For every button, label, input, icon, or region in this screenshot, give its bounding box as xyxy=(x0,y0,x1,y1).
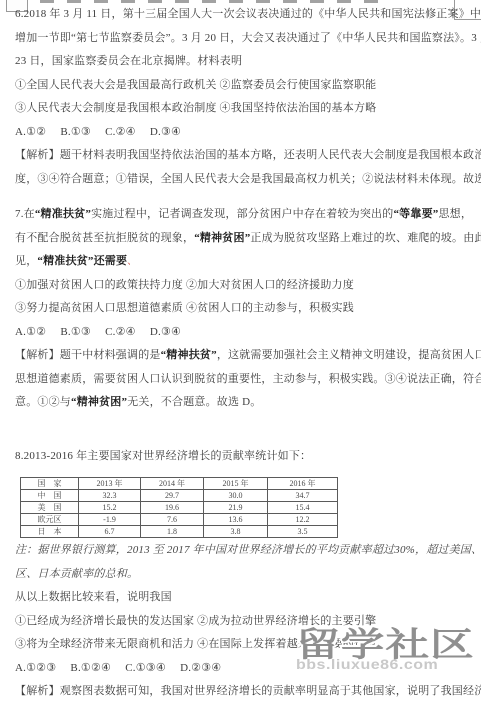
text-segment: 增加一节即“第七节监察委员会”。3 月 20 日，大会又表决通过了《中华人民共和… xyxy=(15,32,481,44)
text-segment: “精神贫困” xyxy=(194,232,250,244)
table-cell: 12.2 xyxy=(268,514,338,526)
text-segment: 6.2018 年 3 月 11 日，第十三届全国人大一次会议表决通过的《中华人民… xyxy=(15,8,481,20)
table-cell: 1.8 xyxy=(141,526,204,538)
table-cell: 中 国 xyxy=(21,490,79,502)
q8-choices-line: A.①②③ B.①②④ C.①③④ D.②③④ xyxy=(15,657,481,681)
table-row: 美 国15.219.621.915.4 xyxy=(21,502,338,514)
text-segment: “等靠要” xyxy=(393,208,438,220)
q7-stem-line-3: 见，“精准扶贫”还需要、 xyxy=(15,250,481,274)
table-cell: 美 国 xyxy=(21,502,79,514)
table-cell: 7.6 xyxy=(141,514,204,526)
table-cell: 3.5 xyxy=(268,526,338,538)
table-cell: 13.6 xyxy=(204,514,268,526)
q7-analysis-line-1: 【解析】题干中材料强调的是“精神扶贫”，这就需要加强社会主义精神文明建设，提高贫… xyxy=(15,344,481,368)
table-row: 欧元区-1.97.613.612.2 xyxy=(21,514,338,526)
text-segment: A.①②③ B.①②④ C.①③④ D.②③④ xyxy=(15,662,221,674)
q7-choices-line: A.①② B.①③ C.②④ D.③④ xyxy=(15,321,481,345)
table-cell: 15.2 xyxy=(79,502,141,514)
text-segment: 【解析】题干中材料强调的是 xyxy=(15,349,161,361)
q6-choices-line: A.①② B.①③ C.②④ D.③④ xyxy=(15,121,481,145)
red-annotation-mark: 、 xyxy=(127,256,136,266)
q8-note-line-2: 区、日本贡献率的总和。 xyxy=(15,563,481,587)
text-segment: 有不配合脱贫甚至抗拒脱贫的现象， xyxy=(15,232,194,244)
text-segment: “精神扶贫” xyxy=(161,349,217,361)
text-segment: 23 日，国家监察委员会在北京揭牌。材料表明 xyxy=(15,55,242,67)
text-segment: 思想， xyxy=(438,208,472,220)
q8-note-line-1: 注：据世界银行测算，2013 至 2017 年中国对世界经济增长的平均贡献率超过… xyxy=(15,539,481,563)
text-segment: 7.在 xyxy=(15,208,35,220)
text-segment: “精神贫困” xyxy=(71,396,127,408)
table-header-cell: 2015 年 xyxy=(204,478,268,490)
q8-stem-line-1: 8.2013-2016 年主要国家对世界经济增长的贡献率统计如下： xyxy=(15,445,481,469)
table-row: 日 本6.71.83.83.5 xyxy=(21,526,338,538)
table-cell: 19.6 xyxy=(141,502,204,514)
q6-analysis-line-1: 【解析】题干材料表明我国坚持依法治国的基本方略，还表明人民代表大会制度是我国根本… xyxy=(15,144,481,168)
table-cell: -1.9 xyxy=(79,514,141,526)
text-segment: ，这就需要加强社会主义精神文明建设，提高贫困人口的 xyxy=(217,349,481,361)
q7-option-line-2: ③努力提高贫困人口思想道德素质 ④贫困人口的主动参与，积极实践 xyxy=(15,297,481,321)
table-header-cell: 2014 年 xyxy=(141,478,204,490)
document-page: 6.2018 年 3 月 11 日，第十三届全国人大一次会议表决通过的《中华人民… xyxy=(0,0,481,703)
text-segment: ①全国人民代表大会是我国最高行政机关 ②监察委员会行使国家监察职能 xyxy=(15,79,376,91)
spacer xyxy=(15,415,481,445)
text-segment: 意。①②与 xyxy=(15,396,71,408)
text-segment: ③将为全球经济带来无限商机和活力 ④在国际上发挥着越来越重要的作用 xyxy=(15,638,376,650)
q6-stem-line-2: 增加一节即“第七节监察委员会”。3 月 20 日，大会又表决通过了《中华人民共和… xyxy=(15,27,481,51)
text-segment: 正成为脱贫攻坚路上难过的坎、难爬的坡。由此可 xyxy=(250,232,481,244)
text-segment: ③人民代表大会制度是我国根本政治制度 ④我国坚持依法治国的基本方略 xyxy=(15,102,376,114)
q6-analysis-line-2: 度，③④符合题意；①错误，全国人民代表大会是我国最高权力机关；②说法材料未体现。… xyxy=(15,168,481,192)
table-header-cell: 2013 年 xyxy=(79,478,141,490)
q6-stem-line-3: 23 日，国家监察委员会在北京揭牌。材料表明 xyxy=(15,50,481,74)
text-segment: A.①② B.①③ C.②④ D.③④ xyxy=(15,326,181,338)
q8-option-line-2: ③将为全球经济带来无限商机和活力 ④在国际上发挥着越来越重要的作用 xyxy=(15,633,481,657)
spacer xyxy=(15,468,481,476)
text-segment: ③努力提高贫困人口思想道德素质 ④贫困人口的主动参与，积极实践 xyxy=(15,302,354,314)
table-cell: 6.7 xyxy=(79,526,141,538)
table-cell: 欧元区 xyxy=(21,514,79,526)
text-segment: 【解析】题干材料表明我国坚持依法治国的基本方略，还表明人民代表大会制度是我国根本… xyxy=(15,149,481,161)
table-cell: 34.7 xyxy=(268,490,338,502)
table-cell: 30.0 xyxy=(204,490,268,502)
table-header-row: 国 家2013 年2014 年2015 年2016 年 xyxy=(21,478,338,490)
text-segment: ①已经成为经济增长最快的发达国家 ②成为拉动世界经济增长的主要引擎 xyxy=(15,615,376,627)
table-row: 中 国32.329.730.034.7 xyxy=(21,490,338,502)
q8-analysis-line-1: 【解析】观察图表数据可知，我国对世界经济增长的贡献率明显高于其他国家，说明了我国… xyxy=(15,680,481,703)
text-segment: “精准扶贫” xyxy=(35,208,91,220)
text-segment: 度，③④符合题意；①错误，全国人民代表大会是我国最高权力机关；②说法材料未体现。… xyxy=(15,173,481,185)
q7-stem-line-2: 有不配合脱贫甚至抗拒脱贫的现象，“精神贫困”正成为脱贫攻坚路上难过的坎、难爬的坡… xyxy=(15,227,481,251)
q8-stem-line-2: 从以上数据比较来看，说明我国 xyxy=(15,586,481,610)
table-cell: 21.9 xyxy=(204,502,268,514)
document-body: 6.2018 年 3 月 11 日，第十三届全国人大一次会议表决通过的《中华人民… xyxy=(15,3,481,703)
text-segment: 【解析】观察图表数据可知，我国对世界经济增长的贡献率明显高于其他国家，说明了我国… xyxy=(15,685,481,697)
text-segment: 思想道德素质，需要贫困人口认识到脱贫的重要性，主动参与，积极实践。③④说法正确，… xyxy=(15,373,481,385)
q6-option-line-2: ③人民代表大会制度是我国根本政治制度 ④我国坚持依法治国的基本方略 xyxy=(15,97,481,121)
q6-option-line-1: ①全国人民代表大会是我国最高行政机关 ②监察委员会行使国家监察职能 xyxy=(15,74,481,98)
q6-stem-line-1: 6.2018 年 3 月 11 日，第十三届全国人大一次会议表决通过的《中华人民… xyxy=(15,3,481,27)
q7-option-line-1: ①加强对贫困人口的政策扶持力度 ②加大对贫困人口的经济援助力度 xyxy=(15,274,481,298)
text-segment: 从以上数据比较来看，说明我国 xyxy=(15,591,172,603)
text-segment: A.①② B.①③ C.②④ D.③④ xyxy=(15,126,181,138)
q7-analysis-line-2: 思想道德素质，需要贫困人口认识到脱贫的重要性，主动参与，积极实践。③④说法正确，… xyxy=(15,368,481,392)
table-header-cell: 国 家 xyxy=(21,478,79,490)
q7-stem-line-1: 7.在“精准扶贫”实施过程中，记者调查发现，部分贫困户中存在着较为突出的“等靠要… xyxy=(15,203,481,227)
q7-analysis-line-3: 意。①②与“精神贫困”无关，不合题意。故选 D。 xyxy=(15,391,481,415)
table-cell: 32.3 xyxy=(79,490,141,502)
table-cell: 3.8 xyxy=(204,526,268,538)
text-segment: 实施过程中，记者调查发现，部分贫困户中存在着较为突出的 xyxy=(91,208,393,220)
text-segment: 注：据世界银行测算，2013 至 2017 年中国对世界经济增长的平均贡献率超过… xyxy=(15,544,481,556)
q8-option-line-1: ①已经成为经济增长最快的发达国家 ②成为拉动世界经济增长的主要引擎 xyxy=(15,610,481,634)
table-cell: 29.7 xyxy=(141,490,204,502)
table-cell: 15.4 xyxy=(268,502,338,514)
table-cell: 日 本 xyxy=(21,526,79,538)
text-segment: ①加强对贫困人口的政策扶持力度 ②加大对贫困人口的经济援助力度 xyxy=(15,279,354,291)
text-segment: 区、日本贡献率的总和。 xyxy=(15,568,138,580)
text-segment: 见， xyxy=(15,255,37,267)
text-segment: 8.2013-2016 年主要国家对世界经济增长的贡献率统计如下： xyxy=(15,450,311,462)
text-segment: 无关，不合题意。故选 D。 xyxy=(127,396,261,408)
q8-statistics-table: 国 家2013 年2014 年2015 年2016 年中 国32.329.730… xyxy=(20,477,338,538)
text-segment: “精准扶贫”还需要 xyxy=(37,255,127,267)
table-header-cell: 2016 年 xyxy=(268,478,338,490)
spacer xyxy=(15,191,481,203)
